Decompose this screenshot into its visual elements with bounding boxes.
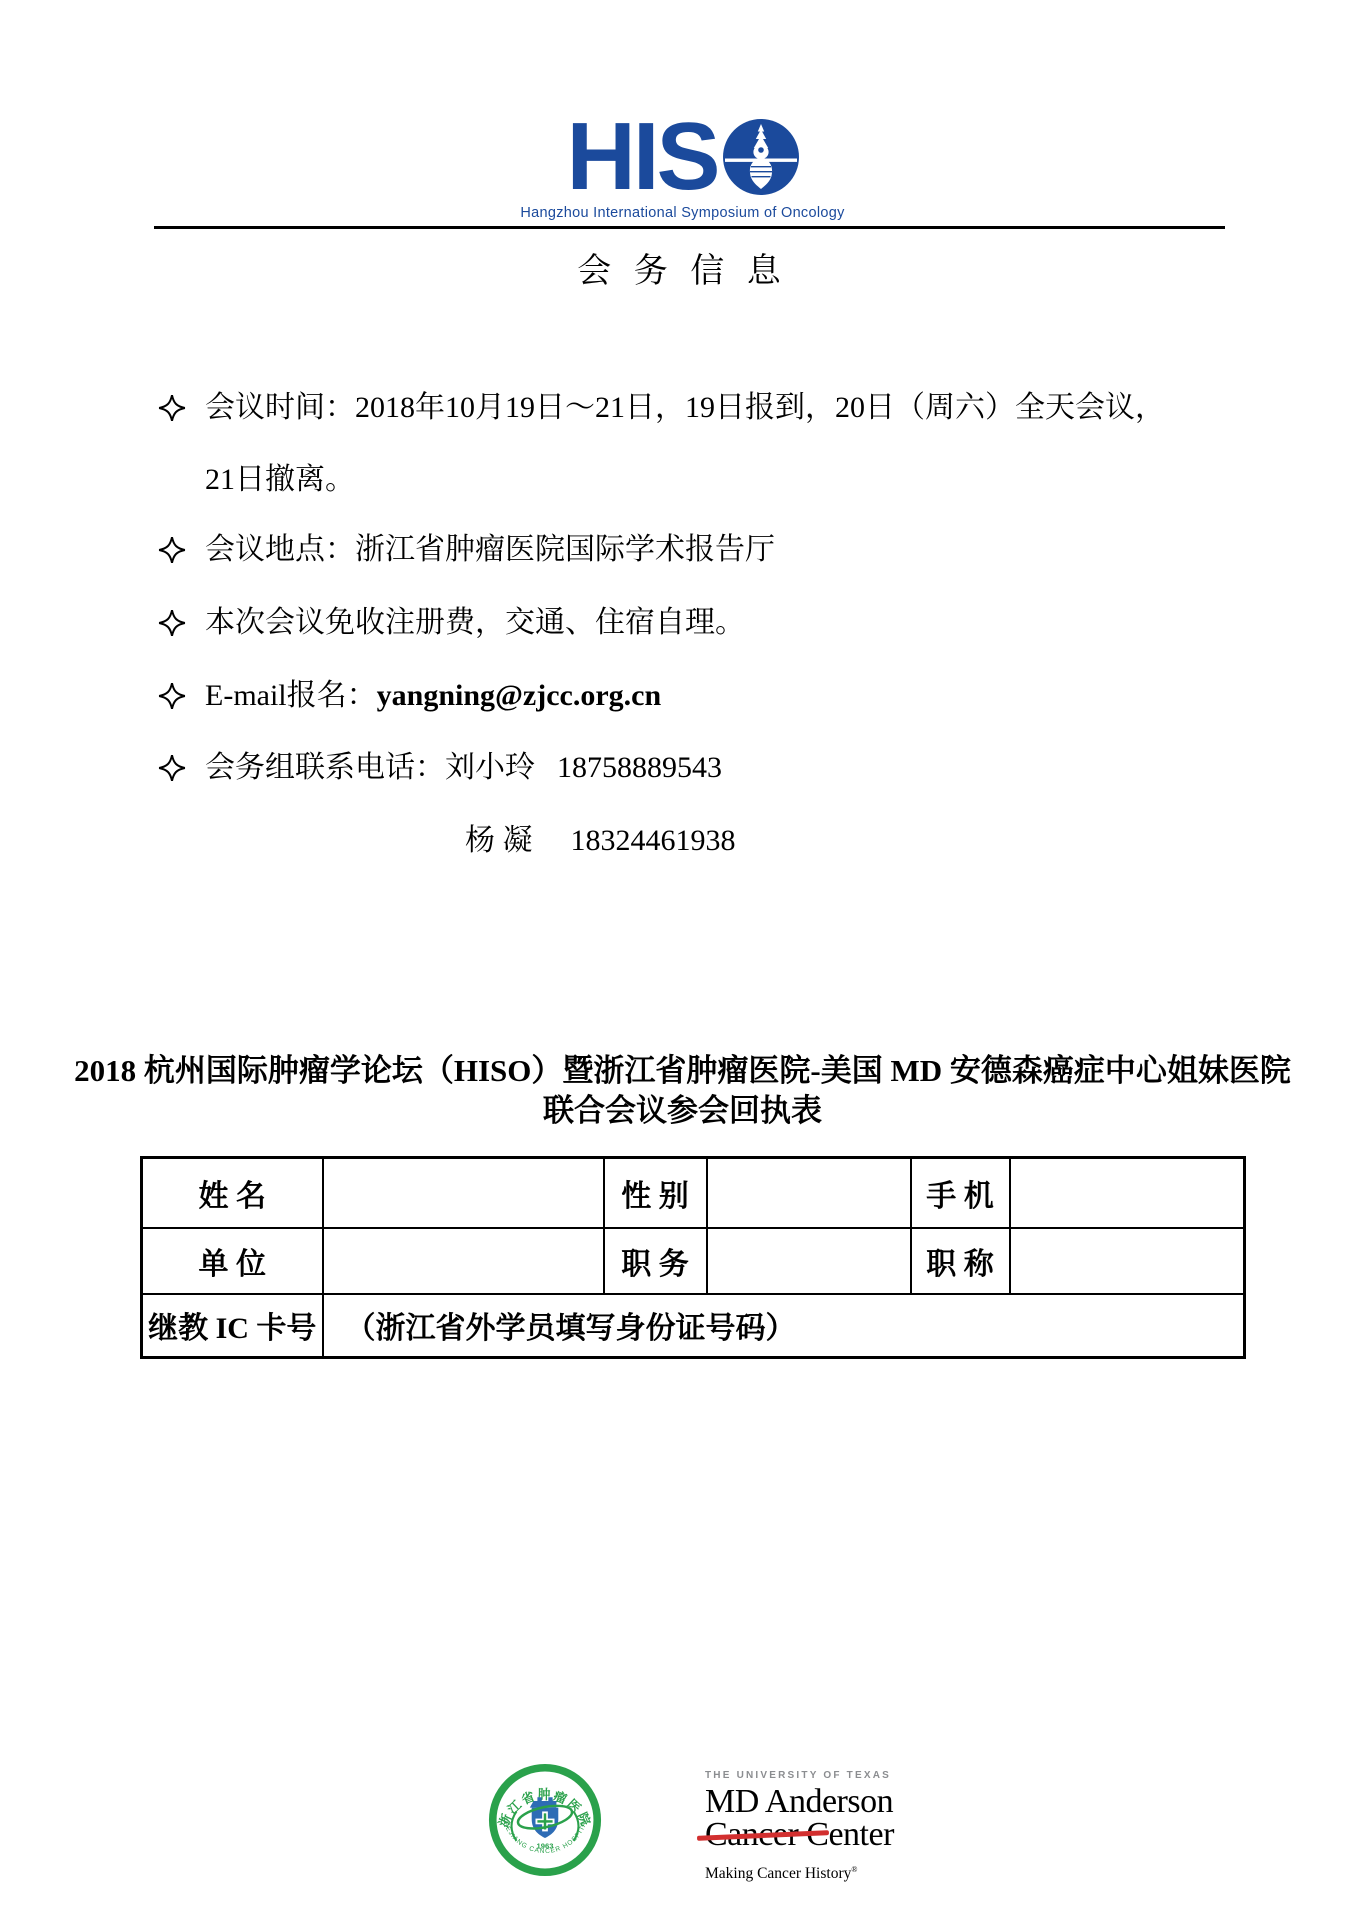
- contact-name-2: 杨 凝: [465, 824, 533, 857]
- label-position: 职 务: [604, 1228, 707, 1294]
- input-cell-position[interactable]: [707, 1228, 911, 1294]
- meeting-time-continuation: 21日撤离。: [205, 462, 355, 498]
- contact-phone-1: 18758889543: [557, 751, 722, 784]
- return-form-title-line2: 联合会议参会回执表: [0, 1091, 1365, 1131]
- header-divider: [154, 226, 1225, 229]
- label-name: 姓 名: [142, 1158, 323, 1228]
- registration-fee-line: 本次会议免收注册费，交通、住宿自理。: [205, 605, 745, 641]
- hiso-letters: HIS: [566, 119, 717, 195]
- contact-phone-line-2: 杨 凝18324461938: [465, 823, 736, 859]
- return-form-table: 姓 名 性 别 手 机 单 位 职 务 职 称 继教 IC 卡号 （浙江省外学员…: [140, 1156, 1246, 1359]
- label-job-title: 职 称: [911, 1228, 1010, 1294]
- input-cell-gender[interactable]: [707, 1158, 911, 1228]
- md-anderson-name: MD Anderson: [705, 1785, 935, 1818]
- table-row: 单 位 职 务 职 称: [142, 1228, 1245, 1294]
- hiso-wordmark: HIS: [0, 118, 1365, 196]
- label-work-unit: 单 位: [142, 1228, 323, 1294]
- input-cell-name[interactable]: [323, 1158, 604, 1228]
- diamond-bullet-icon: [158, 394, 186, 422]
- input-cell-job-title[interactable]: [1010, 1228, 1245, 1294]
- contact-prefix: 会务组联系电话：: [205, 751, 445, 784]
- email-prefix: E-mail报名：: [205, 679, 377, 712]
- diamond-bullet-icon: [158, 609, 186, 637]
- input-cell-work-unit[interactable]: [323, 1228, 604, 1294]
- table-row: 姓 名 性 别 手 机: [142, 1158, 1245, 1228]
- registration-email: yangning@zjcc.org.cn: [377, 679, 662, 712]
- zhejiang-cancer-hospital-seal-icon: 浙江省肿瘤医院 ZHEJIANG CANCER HOSPITAL 1963: [488, 1763, 602, 1877]
- diamond-bullet-icon: [158, 682, 186, 710]
- table-row: 继教 IC 卡号 （浙江省外学员填写身份证号码）: [142, 1294, 1245, 1358]
- label-gender: 性 别: [604, 1158, 707, 1228]
- contact-name-1: 刘小玲: [445, 751, 535, 784]
- diamond-bullet-icon: [158, 754, 186, 782]
- contact-phone-line: 会务组联系电话：刘小玲18758889543: [205, 750, 722, 786]
- svg-text:1963: 1963: [537, 1842, 554, 1851]
- meeting-venue-line: 会议地点：浙江省肿瘤医院国际学术报告厅: [205, 532, 775, 568]
- registered-mark: ®: [851, 1865, 857, 1874]
- input-cell-mobile[interactable]: [1010, 1158, 1245, 1228]
- ic-card-note[interactable]: （浙江省外学员填写身份证号码）: [323, 1294, 1245, 1358]
- meeting-time-line: 会议时间：2018年10月19日～21日，19日报到，20日（周六）全天会议，: [205, 390, 1165, 426]
- document-page: HIS Hangzhou International Symposium o: [0, 0, 1365, 1930]
- hiso-logo: HIS Hangzhou International Symposium o: [0, 118, 1365, 221]
- return-form-title: 2018 杭州国际肿瘤学论坛（HISO）暨浙江省肿瘤医院-美国 MD 安德森癌症…: [0, 1051, 1365, 1131]
- return-form-title-line1: 2018 杭州国际肿瘤学论坛（HISO）暨浙江省肿瘤医院-美国 MD 安德森癌症…: [0, 1051, 1365, 1091]
- contact-phone-2: 18324461938: [571, 824, 736, 857]
- page-title: 会 务 信 息: [0, 243, 1365, 292]
- diamond-bullet-icon: [158, 536, 186, 564]
- label-mobile: 手 机: [911, 1158, 1010, 1228]
- md-anderson-tagline: Making Cancer History®: [705, 1865, 935, 1883]
- email-registration-line: E-mail报名：yangning@zjcc.org.cn: [205, 678, 661, 714]
- label-ic-card: 继教 IC 卡号: [142, 1294, 323, 1358]
- university-of-texas-label: THE UNIVERSITY OF TEXAS: [705, 1770, 935, 1781]
- pagoda-circle-icon: [723, 119, 799, 195]
- cancer-center-line: Cancer Center: [705, 1818, 894, 1851]
- hiso-subtitle: Hangzhou International Symposium of Onco…: [0, 205, 1365, 221]
- md-anderson-logo: THE UNIVERSITY OF TEXAS MD Anderson Canc…: [705, 1770, 935, 1883]
